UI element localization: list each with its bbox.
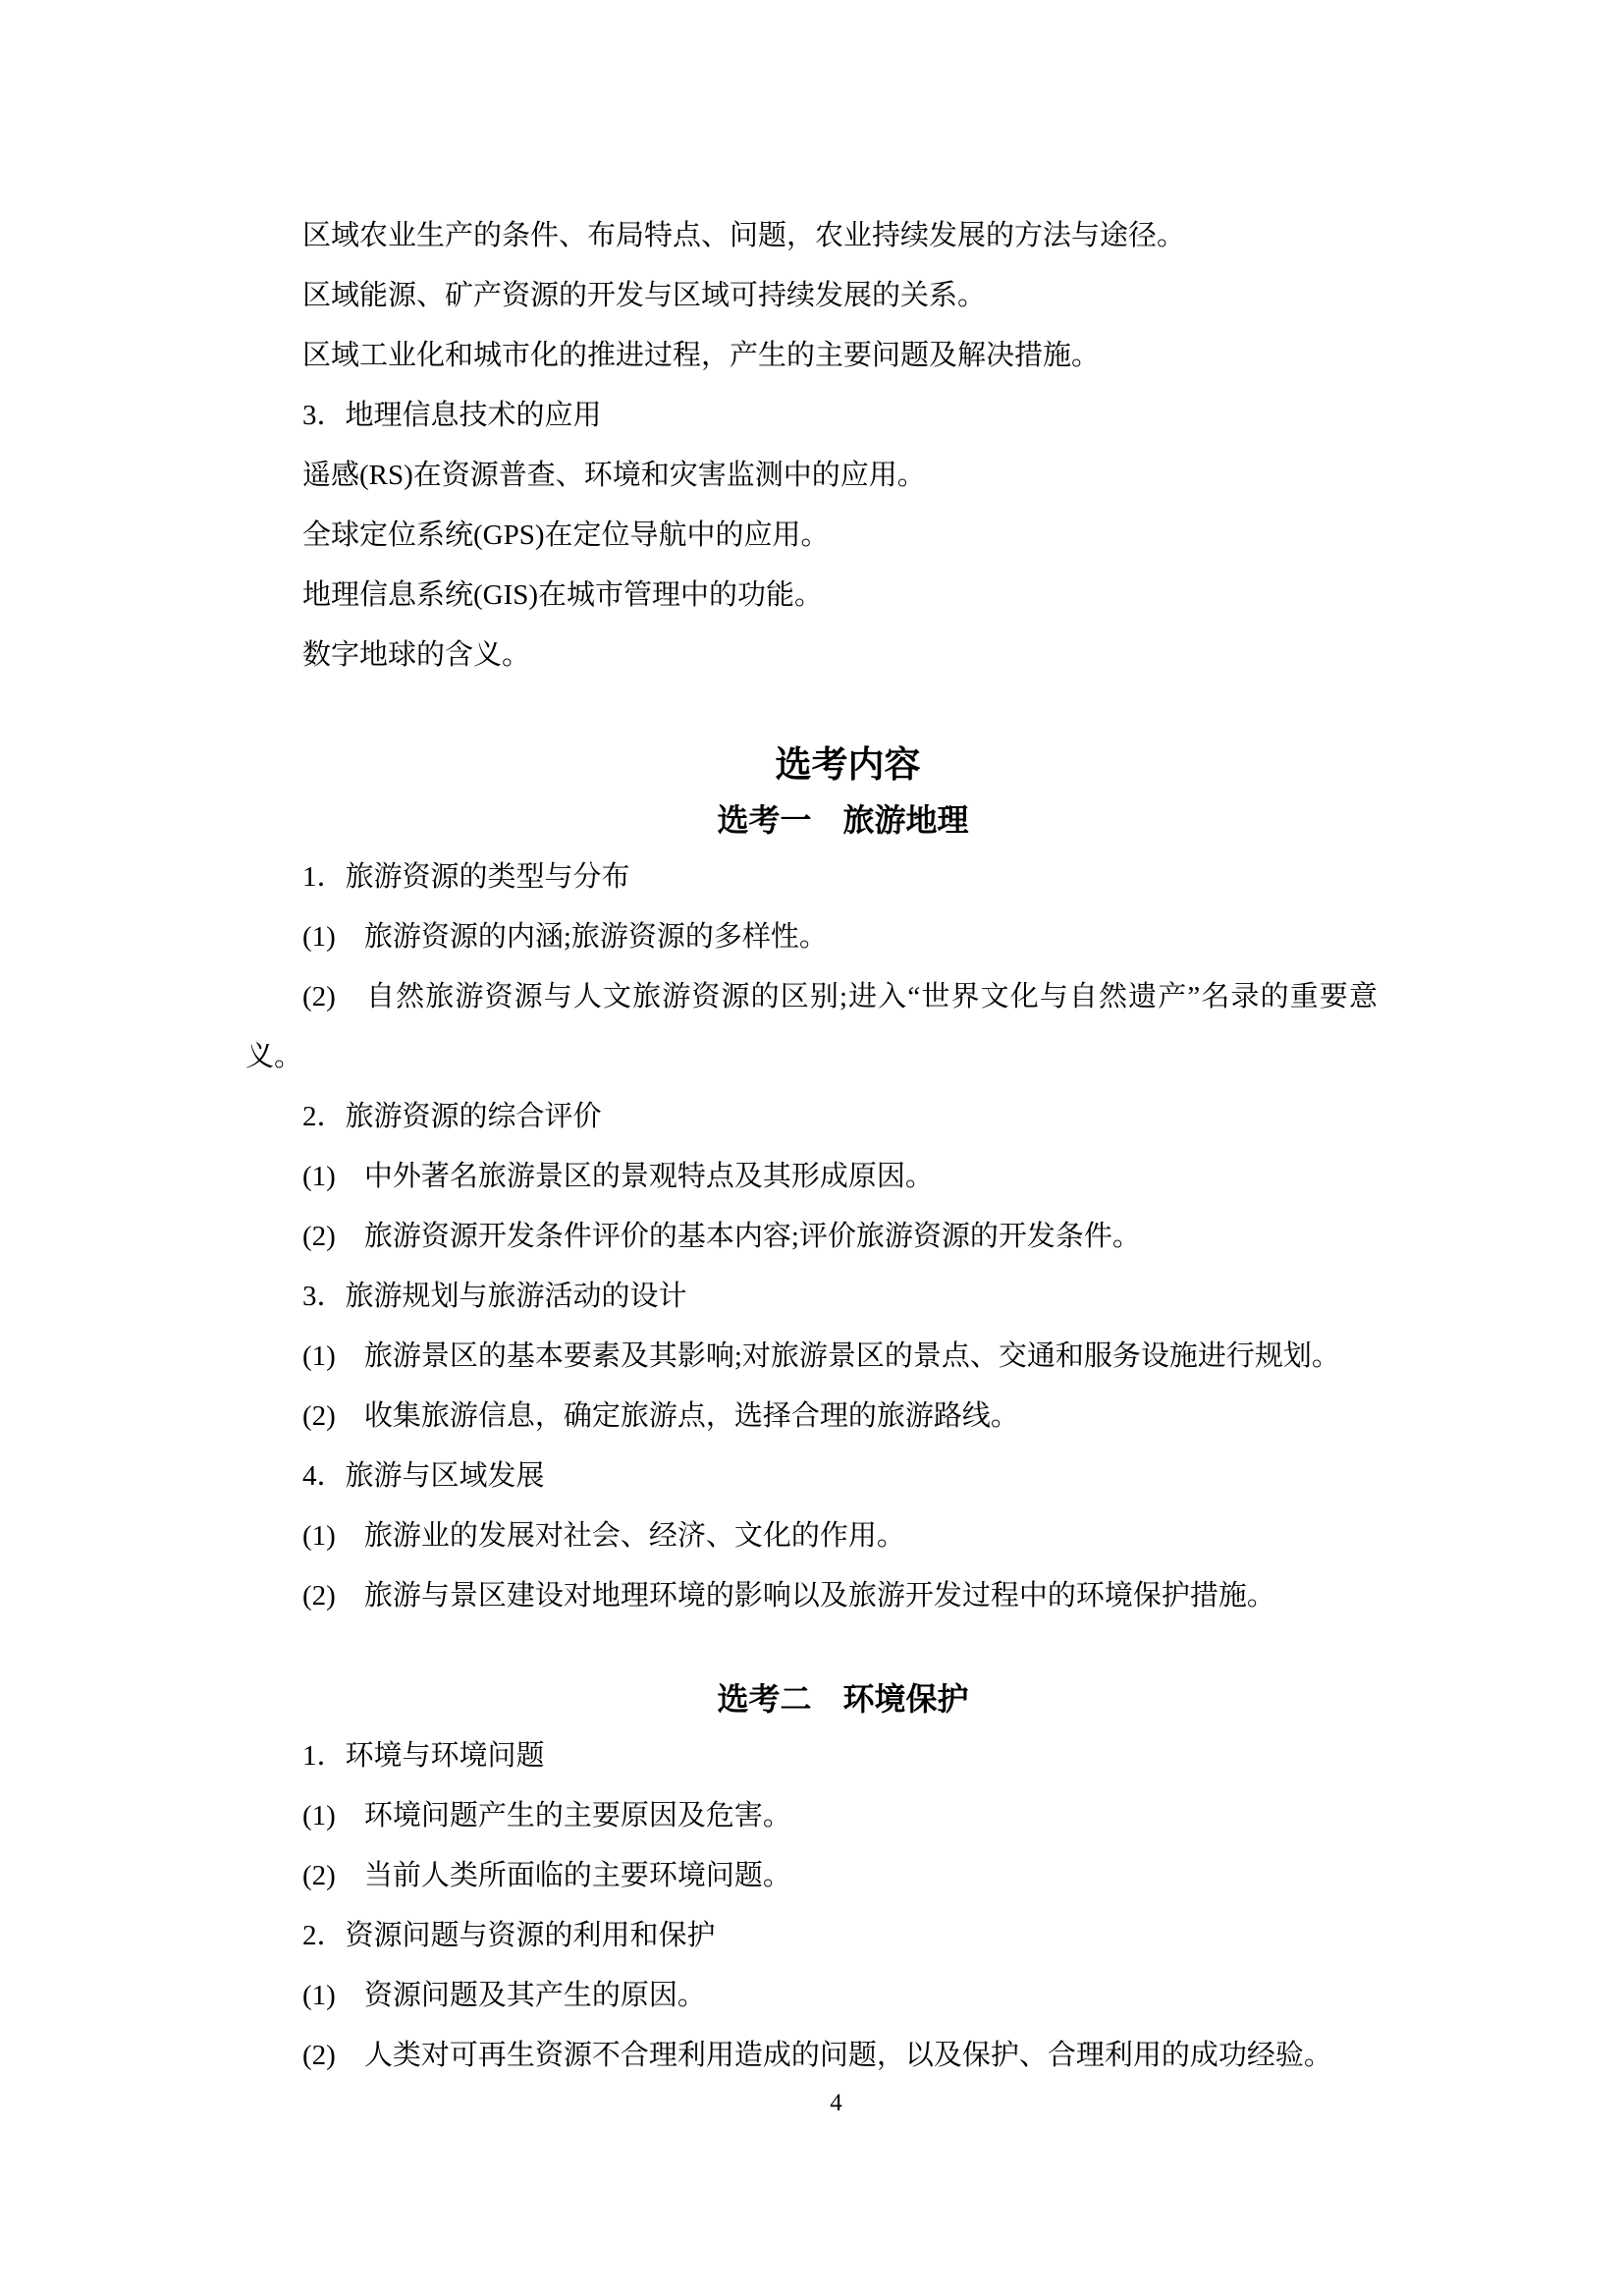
document-body: 区域农业生产的条件、布局特点、问题，农业持续发展的方法与途径。 区域能源、矿产资… [245,206,1378,2086]
syllabus-numbered-item: 3．地理信息技术的应用 [245,386,1378,446]
subsection-heading-tourism-geography: 选考一 旅游地理 [245,793,1378,847]
subsection-heading-environmental-protection: 选考二 环境保护 [245,1672,1378,1726]
syllabus-sub-item: (1) 旅游景区的基本要素及其影响;对旅游景区的景点、交通和服务设施进行规划。 [245,1327,1378,1387]
syllabus-sub-item: (1) 环境问题产生的主要原因及危害。 [245,1786,1378,1846]
syllabus-sub-item: (1) 旅游业的发展对社会、经济、文化的作用。 [245,1506,1378,1566]
syllabus-line: 区域农业生产的条件、布局特点、问题，农业持续发展的方法与途径。 [245,206,1378,266]
syllabus-numbered-item: 2．旅游资源的综合评价 [245,1087,1378,1147]
syllabus-numbered-item: 3．旅游规划与旅游活动的设计 [245,1267,1378,1327]
syllabus-numbered-item: 1．旅游资源的类型与分布 [245,847,1378,907]
syllabus-sub-item: (2) 当前人类所面临的主要环境问题。 [245,1846,1378,1906]
syllabus-line: 全球定位系统(GPS)在定位导航中的应用。 [245,506,1378,566]
syllabus-sub-item: (1) 旅游资源的内涵;旅游资源的多样性。 [245,907,1378,967]
syllabus-line: 区域工业化和城市化的推进过程，产生的主要问题及解决措施。 [245,326,1378,386]
page-number: 4 [0,2084,1623,2123]
section-heading-elective-content: 选考内容 [245,738,1378,793]
document-page: 区域农业生产的条件、布局特点、问题，农业持续发展的方法与途径。 区域能源、矿产资… [0,0,1623,2296]
syllabus-sub-item: (2) 人类对可再生资源不合理利用造成的问题，以及保护、合理利用的成功经验。 [245,2026,1378,2086]
syllabus-sub-item: (2) 旅游与景区建设对地理环境的影响以及旅游开发过程中的环境保护措施。 [245,1566,1378,1626]
syllabus-sub-item: (1) 资源问题及其产生的原因。 [245,1966,1378,2026]
syllabus-sub-item: (2) 自然旅游资源与人文旅游资源的区别;进入“世界文化与自然遗产”名录的重要意… [245,967,1378,1087]
syllabus-numbered-item: 4．旅游与区域发展 [245,1447,1378,1506]
syllabus-line: 地理信息系统(GIS)在城市管理中的功能。 [245,566,1378,626]
syllabus-sub-item: (2) 旅游资源开发条件评价的基本内容;评价旅游资源的开发条件。 [245,1207,1378,1267]
syllabus-line: 区域能源、矿产资源的开发与区域可持续发展的关系。 [245,266,1378,326]
syllabus-sub-item: (2) 收集旅游信息，确定旅游点，选择合理的旅游路线。 [245,1387,1378,1447]
syllabus-sub-item: (1) 中外著名旅游景区的景观特点及其形成原因。 [245,1147,1378,1207]
syllabus-line: 遥感(RS)在资源普查、环境和灾害监测中的应用。 [245,446,1378,506]
syllabus-numbered-item: 2．资源问题与资源的利用和保护 [245,1906,1378,1966]
syllabus-numbered-item: 1．环境与环境问题 [245,1726,1378,1786]
syllabus-line: 数字地球的含义。 [245,626,1378,685]
